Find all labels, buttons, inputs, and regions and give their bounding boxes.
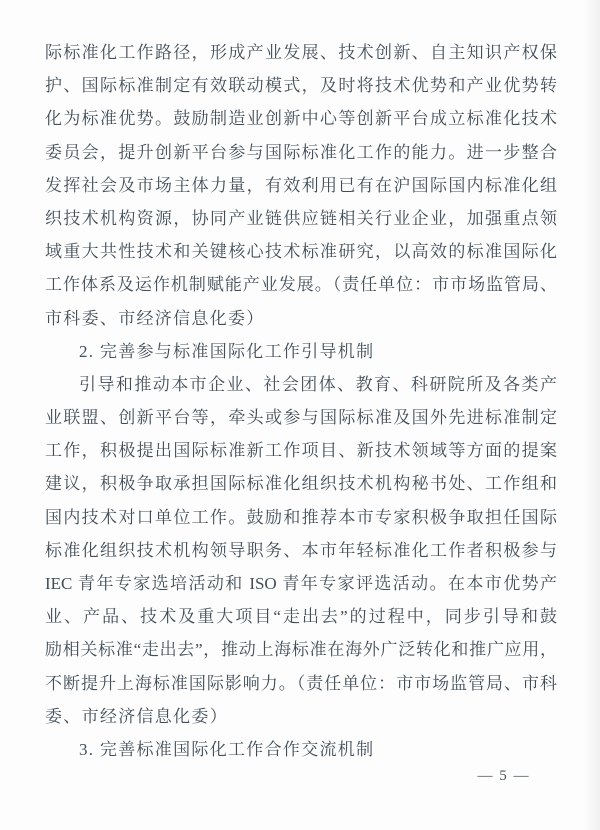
document-line: 委、市经济信息化委） xyxy=(45,700,557,733)
scan-edge-shading xyxy=(584,0,600,830)
document-line: 业、产品、技术及重大项目“走出去”的过程中，同步引导和鼓 xyxy=(45,600,557,633)
document-heading: 2. 完善参与标准国际化工作引导机制 xyxy=(45,335,557,368)
document-line: 工作，积极提出国际标准新工作项目、新技术领域等方面的提案 xyxy=(45,434,557,467)
document-page: 际标准化工作路径，形成产业发展、技术创新、自主知识产权保 护、国际标准制定有效联… xyxy=(0,0,600,830)
document-line: 际标准化工作路径，形成产业发展、技术创新、自主知识产权保 xyxy=(45,36,557,69)
document-line: 织技术机构资源，协同产业链供应链相关行业企业，加强重点领 xyxy=(45,202,557,235)
document-line: 励相关标准“走出去”，推动上海标准在海外广泛转化和推广应用， xyxy=(45,633,557,666)
document-line: 发挥社会及市场主体力量，有效利用已有在沪国际国内标准化组 xyxy=(45,169,557,202)
document-line: 标准化组织技术机构领导职务、本市年轻标准化工作者积极参与 xyxy=(45,534,557,567)
document-line: 业联盟、创新平台等，牵头或参与国际标准及国外先进标准制定 xyxy=(45,401,557,434)
document-line: 不断提升上海标准国际影响力。（责任单位：市市场监管局、市科 xyxy=(45,667,557,700)
document-line: 建议，积极争取承担国际标准化组织技术机构秘书处、工作组和 xyxy=(45,467,557,500)
page-content: 际标准化工作路径，形成产业发展、技术创新、自主知识产权保 护、国际标准制定有效联… xyxy=(45,36,557,766)
document-line: 市科委、市经济信息化委） xyxy=(45,302,557,335)
document-line: 护、国际标准制定有效联动模式，及时将技术优势和产业优势转 xyxy=(45,69,557,102)
document-line: 国内技术对口单位工作。鼓励和推荐本市专家积极争取担任国际 xyxy=(45,501,557,534)
document-line: 委员会，提升创新平台参与国际标准化工作的能力。进一步整合 xyxy=(45,136,557,169)
document-line: 引导和推动本市企业、社会团体、教育、科研院所及各类产 xyxy=(45,368,557,401)
document-heading: 3. 完善标准国际化工作合作交流机制 xyxy=(45,733,557,766)
page-number: — 5 — xyxy=(478,768,531,785)
document-line: IEC 青年专家选培活动和 ISO 青年专家评选活动。在本市优势产 xyxy=(45,567,557,600)
document-line: 域重大共性技术和关键核心技术标准研究，以高效的标准国际化 xyxy=(45,235,557,268)
document-line: 工作体系及运作机制赋能产业发展。（责任单位：市市场监管局、 xyxy=(45,268,557,301)
document-line: 化为标准优势。鼓励制造业创新中心等创新平台成立标准化技术 xyxy=(45,102,557,135)
